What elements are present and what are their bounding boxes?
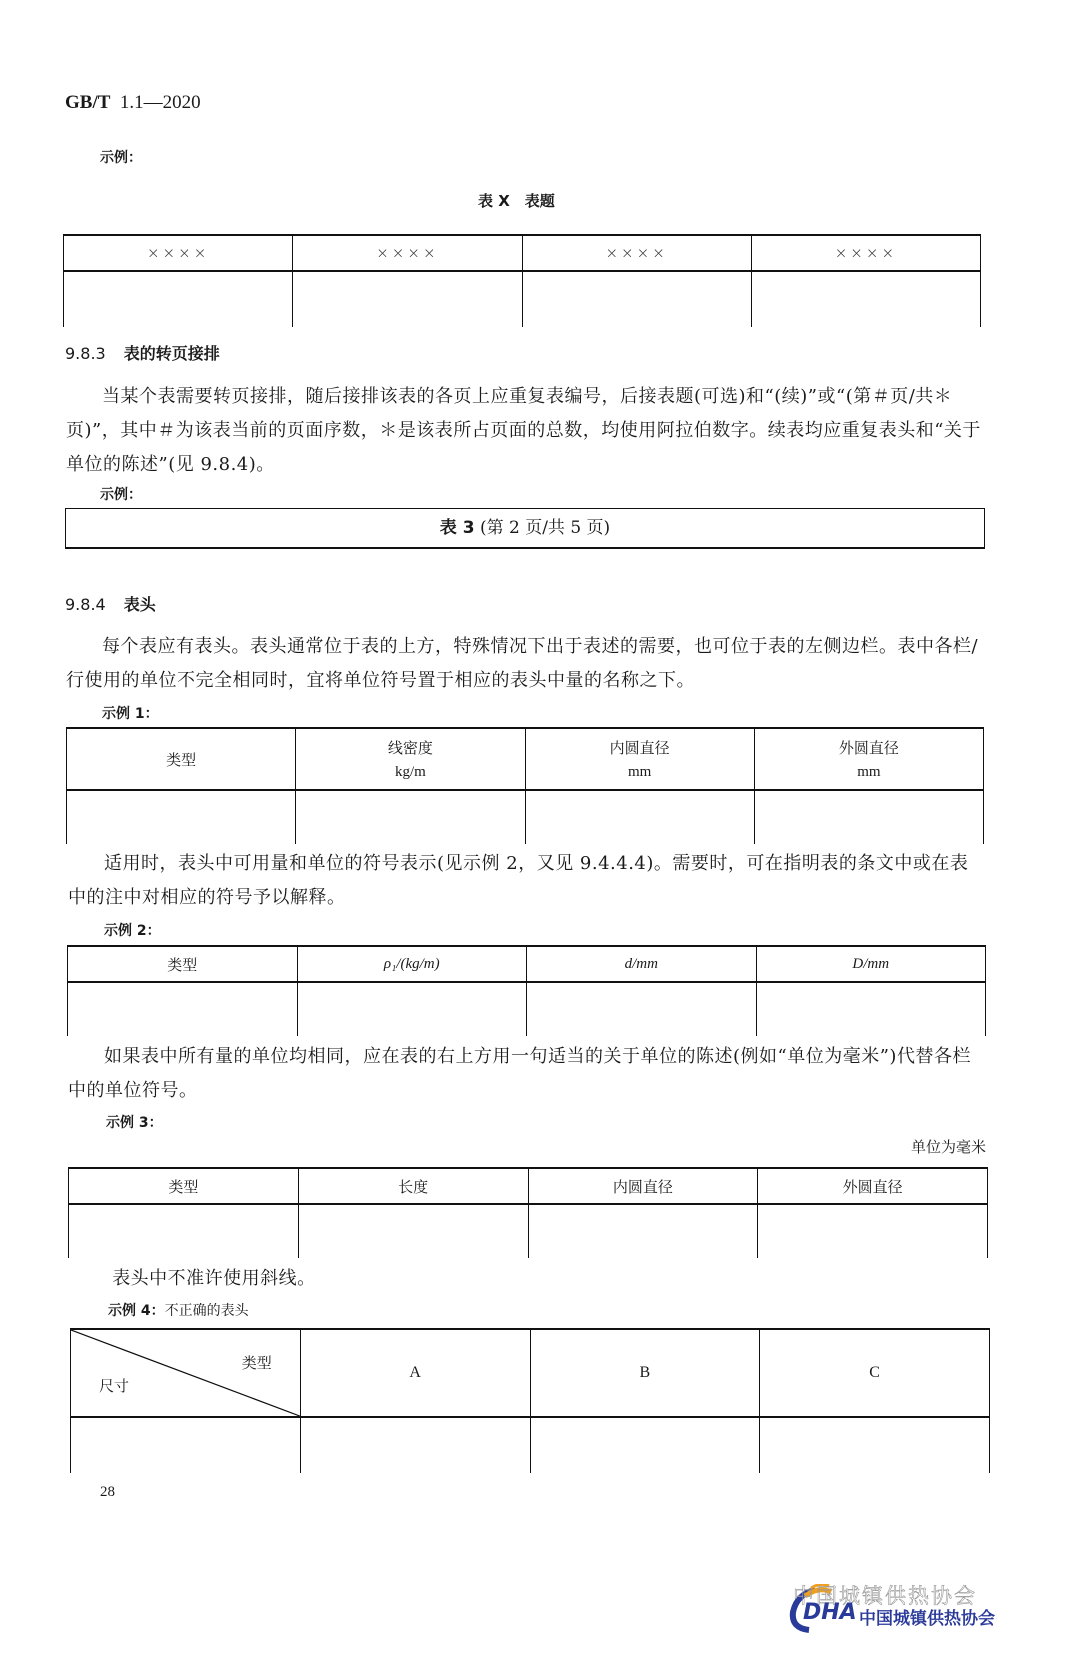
header-name: 类型	[166, 751, 196, 769]
header-name: 外圆直径	[839, 739, 899, 757]
paragraph: 适用时，表头中可用量和单位的符号表示(见示例 2，又见 9.4.4.4)。需要时…	[68, 847, 986, 915]
table-cell	[530, 1417, 760, 1473]
table-header-cell: ××××	[522, 235, 751, 271]
section-title: 表头	[124, 595, 156, 614]
example-label-rest: 不正确的表头	[165, 1303, 249, 1319]
table-header-cell: 外圆直径mm	[754, 728, 983, 790]
table-cell	[751, 271, 980, 327]
table-cell	[297, 982, 527, 1036]
example-table-1: 类型 线密度kg/m 内圆直径mm 外圆直径mm	[66, 727, 984, 844]
header-unit: kg/m	[296, 764, 524, 781]
example-label: 示例 4：不正确的表头	[108, 1300, 249, 1320]
table-header-cell: ××××	[293, 235, 522, 271]
example-label: 示例 3：	[106, 1112, 163, 1132]
section-number: 9.8.3	[65, 344, 106, 363]
table-cell	[68, 982, 298, 1036]
section-number: 9.8.4	[65, 595, 106, 614]
example-table-2: 类型 ρ₁/(kg/m) d/mm D/mm	[67, 945, 986, 1036]
table-header-cell: 线密度kg/m	[296, 728, 525, 790]
example-table-3: 类型 长度 内圆直径 外圆直径	[68, 1167, 988, 1258]
example-table-4: 类型 尺寸 A B C	[70, 1328, 990, 1473]
table-header-cell: 长度	[298, 1168, 528, 1204]
page-indicator: (第 2 页/共 5 页)	[475, 518, 611, 538]
diagonal-bottom-label: 尺寸	[99, 1375, 129, 1396]
table-header-cell: A	[300, 1329, 530, 1417]
table-cell	[756, 982, 986, 1036]
section-heading-983: 9.8.3表的转页接排	[65, 341, 220, 364]
table-header-cell: ××××	[751, 235, 980, 271]
table-cell	[69, 1204, 299, 1258]
table-cell	[67, 790, 296, 844]
table-cell	[760, 1417, 990, 1473]
section-heading-984: 9.8.4表头	[65, 592, 156, 615]
table-cell	[754, 790, 983, 844]
table-header-cell: D/mm	[756, 946, 986, 982]
table-header-cell: B	[530, 1329, 760, 1417]
standard-code-prefix: GB/T	[65, 92, 110, 113]
table-cell	[300, 1417, 530, 1473]
table-cell	[525, 790, 754, 844]
table-number: 表 3	[440, 518, 475, 538]
table-cell	[293, 271, 522, 327]
standard-code: GB/T 1.1—2020	[65, 92, 201, 114]
standard-code-number: 1.1—2020	[120, 92, 201, 113]
header-name: 内圆直径	[610, 739, 670, 757]
table-cell	[64, 271, 293, 327]
watermark-org-name: 中国城镇供热协会	[859, 1604, 995, 1629]
example-label: 示例：	[100, 484, 142, 504]
table-cell	[298, 1204, 528, 1258]
table-header-cell: 内圆直径mm	[525, 728, 754, 790]
table-header-cell: d/mm	[527, 946, 757, 982]
table-header-cell: 类型	[68, 946, 298, 982]
paragraph: 每个表应有表头。表头通常位于表的上方，特殊情况下出于表述的需要，也可位于表的左侧…	[66, 630, 988, 698]
paragraph: 如果表中所有量的单位均相同，应在表的右上方用一句适当的关于单位的陈述(例如“单位…	[68, 1040, 988, 1108]
example-label-bold: 示例 4：	[108, 1303, 165, 1319]
table-cell	[527, 982, 757, 1036]
table-title: 表 X 表题	[478, 190, 555, 211]
example-label: 示例：	[100, 147, 142, 167]
example-label: 示例 2：	[104, 920, 161, 940]
table-header-cell: C	[760, 1329, 990, 1417]
table-header-cell: 类型	[69, 1168, 299, 1204]
table-header-cell: 内圆直径	[528, 1168, 758, 1204]
example-label: 示例 1：	[102, 703, 159, 723]
table-cell	[71, 1417, 301, 1473]
table-cell	[758, 1204, 988, 1258]
table-cell	[528, 1204, 758, 1258]
table-header-cell: 外圆直径	[758, 1168, 988, 1204]
paragraph: 当某个表需要转页接排，随后接排该表的各页上应重复表编号，后接表题(可选)和“(续…	[66, 380, 986, 482]
table-header-cell: 类型	[67, 728, 296, 790]
paragraph: 表头中不准许使用斜线。	[78, 1262, 978, 1296]
header-unit: mm	[526, 764, 754, 781]
diagonal-header-cell: 类型 尺寸	[71, 1329, 301, 1417]
header-name: 线密度	[388, 739, 433, 757]
example-table-0: ×××× ×××× ×××× ××××	[63, 234, 981, 327]
table-cell	[522, 271, 751, 327]
page-number: 28	[100, 1484, 115, 1501]
continuation-table-caption: 表 3 (第 2 页/共 5 页)	[65, 508, 985, 549]
diagonal-top-label: 类型	[242, 1352, 272, 1373]
unit-statement: 单位为毫米	[911, 1136, 986, 1157]
section-title: 表的转页接排	[124, 344, 220, 363]
table-header-cell: ρ₁/(kg/m)	[297, 946, 527, 982]
diagonal-line-icon	[71, 1330, 300, 1416]
table-header-cell: ××××	[64, 235, 293, 271]
watermark-logo-text: DHA	[803, 1600, 857, 1625]
watermark-logo: 中国城镇供热协会 DHA 中国城镇供热协会	[785, 1592, 1015, 1636]
table-cell	[296, 790, 525, 844]
header-unit: mm	[755, 764, 983, 781]
